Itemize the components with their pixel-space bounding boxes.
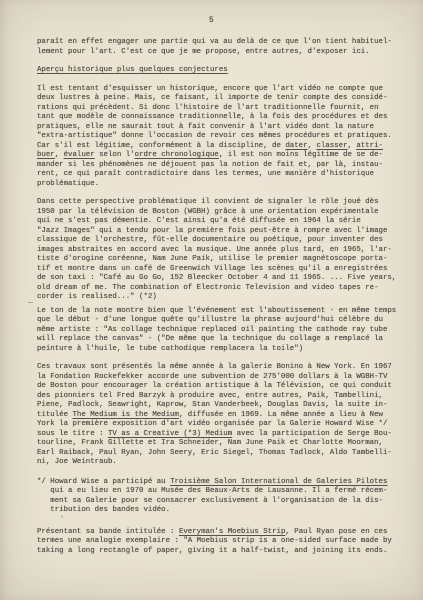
text-line: de Boston pour encourager la création ar… [37, 382, 401, 392]
text-line: old dream of me. The combination of Elec… [37, 284, 401, 294]
footnote: */ Howard Wise a participé au Troisième … [37, 478, 401, 516]
text-line: paraît en effet engager une partie qui v… [37, 38, 401, 48]
text-line: buer, évaluer selon l'ordre chronologiqu… [37, 151, 401, 161]
text-line: sous le titre : TV as a Creative (*3) Me… [37, 430, 401, 440]
text-line: "Jazz Images" qui a tendu pour la premiè… [37, 227, 401, 237]
text-line: classique de l'orchestre, fût-elle docum… [37, 236, 401, 246]
text-line: tiste d'orogine coréenne, Nam June Paik,… [37, 255, 401, 265]
text-line: 1950 par la télévision de Boston (WGBH) … [37, 208, 401, 218]
text-line: Piene, Padlock, Seawright, Kaprow, Stan … [37, 401, 401, 411]
text-line: taking a long rectangle of paper, giving… [37, 547, 401, 557]
text-line: que le début - d'une longue quête qu'ill… [37, 316, 401, 326]
text-line: ment sa Galerie pour se consacrer exclus… [37, 497, 401, 507]
text-line: même artiste : "As collage technique rep… [37, 326, 401, 336]
text-line: pratiques, elle ne saurait tout à fait c… [37, 123, 401, 133]
paragraph: Présentant sa bande intitulée : Everyman… [37, 528, 401, 557]
text-line: termes une analogie exemplaire : "A Moeb… [37, 537, 401, 547]
text-line: lement pour l'art. C'est ce que je me pr… [37, 48, 401, 58]
paragraph: Le ton de la note montre bien que l'évén… [37, 307, 401, 355]
text-line: "extra-artistique" donne l'occasion de r… [37, 132, 401, 142]
text-line: York la première exposition d'art vidéo … [37, 420, 401, 430]
text-line: images abstraites en accord avec la musi… [37, 246, 401, 256]
text-line: Earl Raiback, Paul Ryan, John Seery, Eri… [37, 449, 401, 459]
text-line: Il est tentant d'esquisser un historique… [37, 85, 401, 95]
text-line: qui ne s'est pas démentie. C'est ainsi q… [37, 217, 401, 227]
paragraph: paraît en effet engager une partie qui v… [37, 38, 401, 57]
text-line: de son taxi : "Café au Go Go, 152 Bleeck… [37, 274, 401, 284]
text-line: Dans cette perspective problématique il … [37, 198, 401, 208]
text-line: Le ton de la note montre bien que l'évén… [37, 307, 401, 317]
text-content: paraît en effet engager une partie qui v… [37, 38, 401, 565]
text-line: will replace the canvas" - ("De même que… [37, 335, 401, 345]
text-line: tant que modèle de connaissance traditio… [37, 113, 401, 123]
stray-pencil-mark [28, 302, 33, 303]
text-line: deux lustres à peine. Mais, ce faisant, … [37, 94, 401, 104]
text-line: Aperçu historique plus quelques conjectu… [37, 66, 401, 76]
text-line: */ Howard Wise a participé au Troisième … [37, 478, 401, 488]
text-line: titulée The Medium is the Medium, diffus… [37, 411, 401, 421]
text-line: Car s'il est légitime, conformément à la… [37, 142, 401, 152]
document-page: 5 paraît en effet engager une partie qui… [0, 0, 423, 600]
paragraph: Ces travaux sont présentés la même année… [37, 363, 401, 468]
page-number: 5 [0, 16, 423, 26]
text-line: ni, Joe Weintraub. [37, 458, 401, 468]
text-line: peinture à l'huile, le tube cathodique r… [37, 345, 401, 355]
text-line: rations qui précèdent. Si donc l'histoir… [37, 104, 401, 114]
section-heading: Aperçu historique plus quelques conjectu… [37, 66, 401, 76]
text-line: des pionniers tel Fred Barzyk à produire… [37, 392, 401, 402]
text-line: corder is realised..." (*2) [37, 293, 401, 303]
text-line: tribution des bandes vidéo. [37, 506, 401, 516]
text-line: la Fondation Rockefekker accorde une sub… [37, 373, 401, 383]
text-line: Ces travaux sont présentés la même année… [37, 363, 401, 373]
text-line: tourline, Frank Gillette et Ira Schneide… [37, 439, 401, 449]
stray-pencil-mark [61, 515, 63, 518]
text-line: qui a eu lieu en 1970 au Musée des Beaux… [37, 487, 401, 497]
text-line: mander si les phénomènes ne déjouent pas… [37, 161, 401, 171]
text-line: tif et montre dans un café de Greenwich … [37, 265, 401, 275]
text-line: Présentant sa bande intitulée : Everyman… [37, 528, 401, 538]
paragraph: Il est tentant d'esquisser un historique… [37, 85, 401, 190]
text-line: rent, ce qui paraît contradictoire dans … [37, 170, 401, 180]
paragraph: Dans cette perspective problématique il … [37, 198, 401, 303]
text-line: problématique. [37, 180, 401, 190]
